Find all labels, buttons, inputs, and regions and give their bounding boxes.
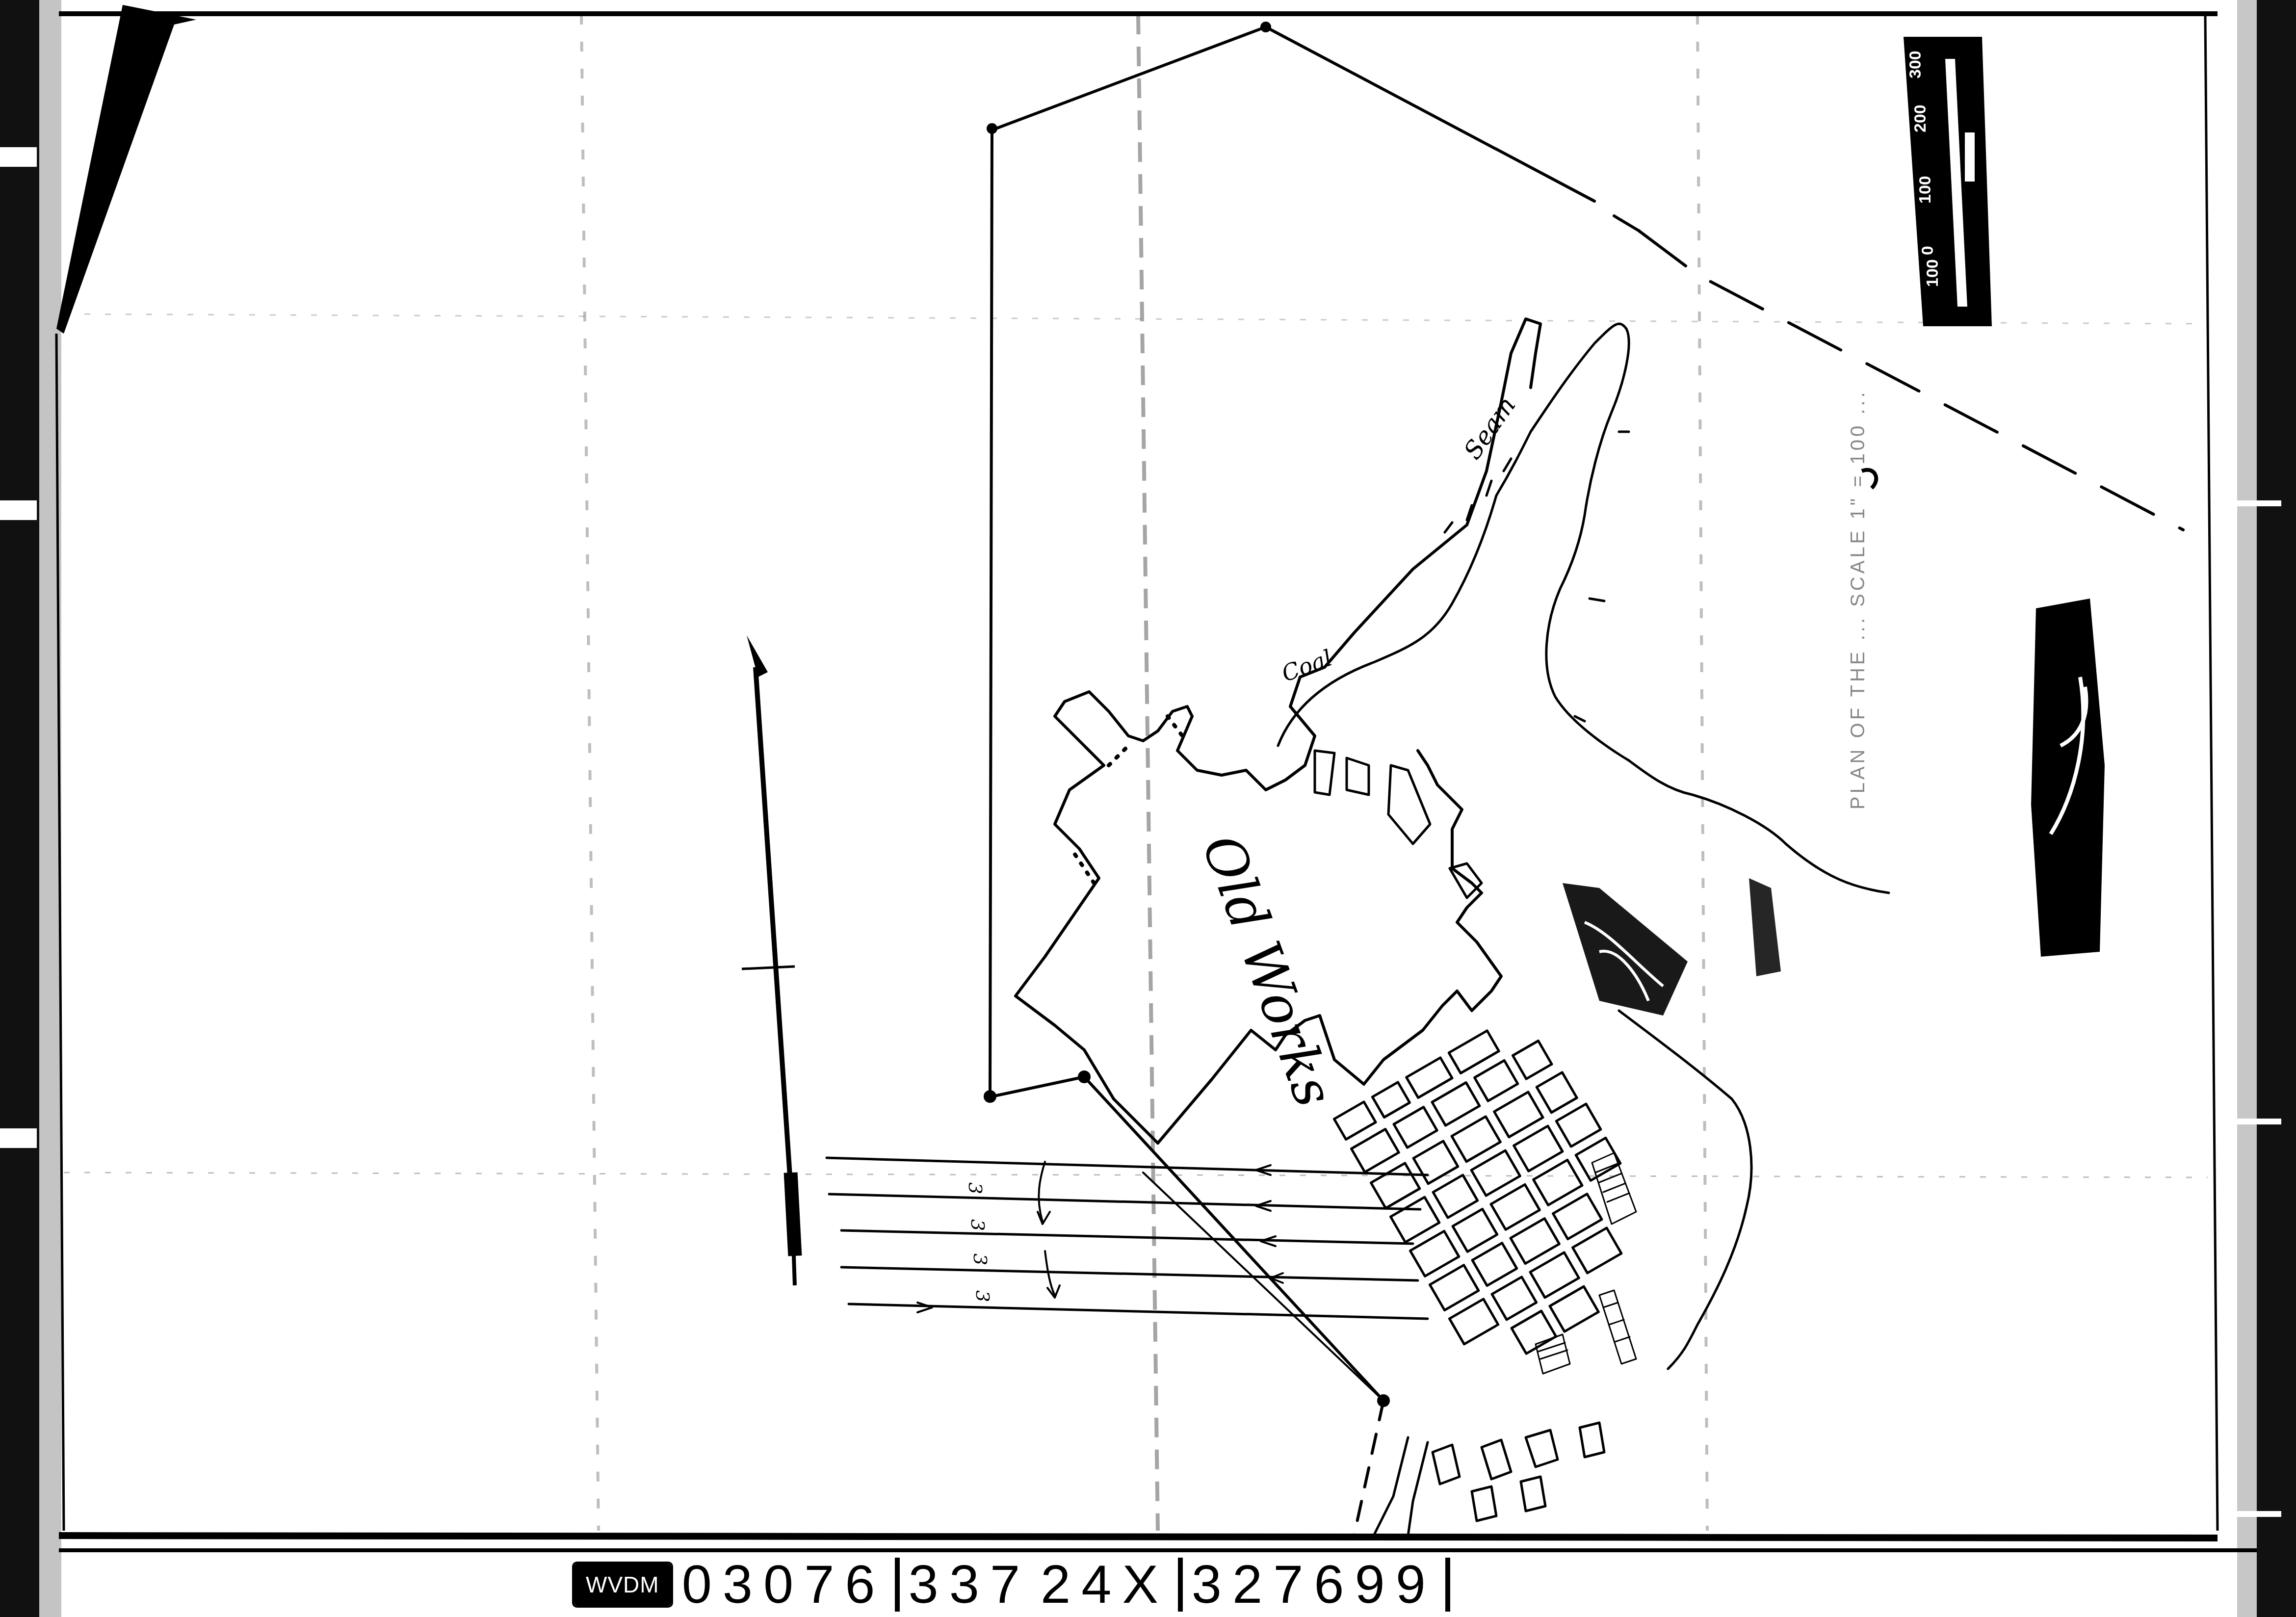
- svg-text:3: 3: [972, 1290, 993, 1302]
- svg-text:3: 3: [965, 1182, 986, 1194]
- svg-text:0: 0: [1918, 246, 1937, 255]
- control-number-4: 327699: [1187, 1558, 1441, 1612]
- control-number-1: 03076: [677, 1558, 891, 1612]
- svg-text:3: 3: [967, 1219, 989, 1231]
- control-number-2: 337: [904, 1558, 1036, 1612]
- svg-text:3: 3: [969, 1253, 991, 1265]
- separator: [1178, 1558, 1183, 1612]
- svg-text:200: 200: [1911, 104, 1930, 132]
- svg-text:PLAN OF THE ... SCALE 1" = 100: PLAN OF THE ... SCALE 1" = 100 ...: [1847, 389, 1869, 809]
- separator: [1445, 1558, 1450, 1612]
- svg-text:300: 300: [1906, 51, 1925, 78]
- microfilm-control-strip: WVDM 03076 337 24X 327699: [574, 1558, 1454, 1612]
- separator: [895, 1558, 900, 1612]
- control-number-3: 24X: [1036, 1558, 1174, 1612]
- map-sheet: 3 3 3 3 100 0 100 200 300 PLAN OF THE ..…: [0, 0, 2296, 1617]
- svg-text:100: 100: [1923, 259, 1942, 287]
- wvdm-badge: WVDM: [574, 1564, 671, 1606]
- svg-text:100: 100: [1916, 176, 1934, 204]
